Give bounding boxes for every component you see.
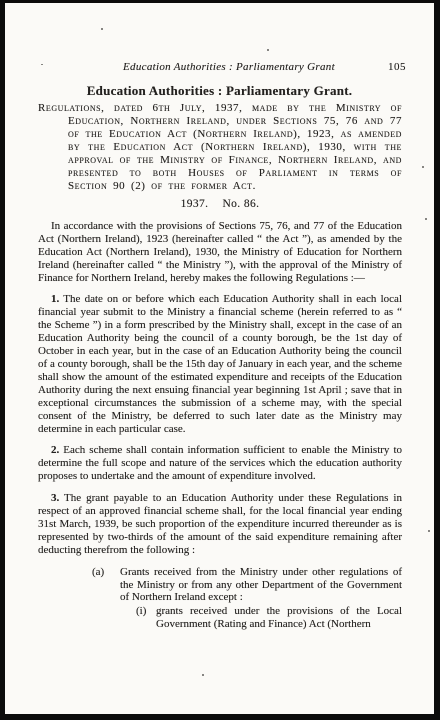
instrument-number-line: 1937.No. 86. [38,198,402,211]
paragraph-2: 2. Each scheme shall contain information… [38,444,402,483]
list-item-i-label: (i) [136,605,156,631]
paragraph-3-number: 3. [51,492,59,504]
list-item-a: (a) Grants received from the Ministry un… [38,566,402,605]
paragraph-1-text: The date on or before which each Educati… [38,293,402,434]
list-item-i-text: grants received under the provisions of … [156,605,402,631]
running-header-title: Education Authorities : Parliamentary Gr… [123,61,335,73]
list-item-a-text: Grants received from the Ministry under … [120,566,402,605]
scan-speckle [428,530,430,532]
scan-speckle [202,674,204,676]
paragraph-2-text: Each scheme shall contain information su… [38,444,402,482]
paragraph-1: 1. The date on or before which each Educ… [38,293,402,435]
scan-speckle [425,218,427,220]
instrument-number: No. 86. [222,198,259,210]
scan-speckle [422,166,424,168]
list-item-i: (i) grants received under the provisions… [38,605,402,631]
paragraph-intro-text: In accordance with the provisions of Sec… [38,220,402,284]
scanned-document-page: Education Authorities : Parliamentary Gr… [0,0,440,720]
list-item-a-label: (a) [92,566,120,605]
paragraph-2-number: 2. [51,444,59,456]
scan-speckle [101,28,103,30]
paragraph-3: 3. The grant payable to an Education Aut… [38,492,402,557]
running-header: Education Authorities : Parliamentary Gr… [33,61,408,75]
preamble-block: Regulations, dated 6th July, 1937, made … [38,102,402,193]
document-title: Education Authorities : Parliamentary Gr… [33,83,406,99]
page-number: 105 [388,61,406,73]
scan-speckle [267,49,269,51]
paragraph-intro: In accordance with the provisions of Sec… [38,220,402,285]
document-body: Regulations, dated 6th July, 1937, made … [38,102,402,632]
paragraph-1-number: 1. [51,293,59,305]
paragraph-3-text: The grant payable to an Education Author… [38,492,402,556]
scan-speckle [41,64,43,65]
instrument-year: 1937. [181,198,209,210]
